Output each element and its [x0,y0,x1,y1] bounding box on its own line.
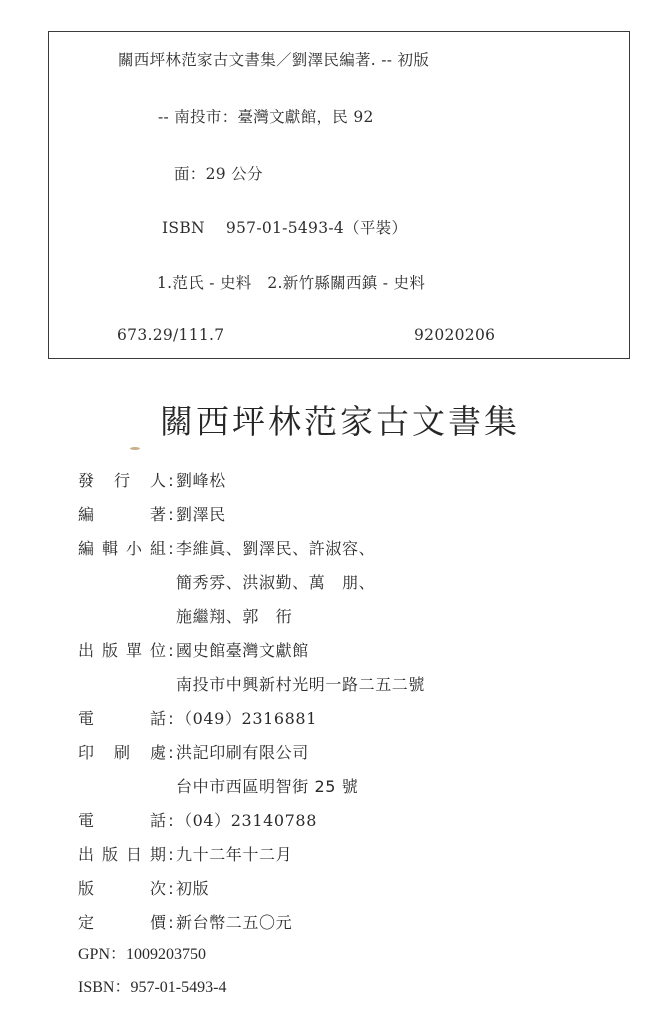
row-value: 初版 [176,878,209,900]
row-value: 台中市西區明智街 25 號 [176,776,358,798]
row-label: 出版單位 [78,640,166,662]
colophon-gpn: GPN：1009203750 [78,944,206,966]
row-label: 編輯小組 [78,538,166,560]
paper-speck [130,447,140,450]
row-label: 出版日期 [78,844,166,866]
row-value: 國史館臺灣文獻館 [176,640,309,662]
cip-dimensions-line: 面：29 公分 [174,162,263,184]
row-label: 編著 [78,504,166,526]
row-label: 電話 [78,810,166,832]
row-label: 定價 [78,912,166,934]
row-value: 九十二年十二月 [176,844,292,866]
row-value: 施繼翔、郭 衎 [176,606,292,628]
cip-classification-number: 673.29/111.7 [117,326,224,344]
row-value: （049）2316881 [176,708,317,730]
row-label: 電話 [78,708,166,730]
row-value: （04）23140788 [176,810,317,832]
colophon-isbn: ISBN：957-01-5493-4 [78,977,226,999]
cip-title-line: 關西坪林范家古文書集／劉澤民編著. -- 初版 [118,48,429,70]
row-value: 簡秀雰、洪淑勤、萬 朋、 [176,572,375,594]
cip-record-number: 92020206 [414,326,495,344]
cip-isbn-value: 957-01-5493-4（平裝） [226,219,407,237]
cip-record-box [48,31,630,359]
row-label: 版次 [78,878,166,900]
row-value: 劉峰松 [176,470,226,492]
row-label: 發行人 [78,470,166,492]
row-value: 劉澤民 [176,504,226,526]
row-value: 洪記印刷有限公司 [176,742,309,764]
book-title: 關西坪林范家古文書集 [0,396,670,443]
cip-subjects-line: 1.范氏 - 史料 2.新竹縣關西鎮 - 史料 [157,271,425,293]
cip-publisher-line: -- 南投市：臺灣文獻館，民 92 [158,105,374,127]
row-value: 新台幣二五〇元 [176,912,292,934]
row-value: 南投市中興新村光明一路二五二號 [176,674,425,696]
cip-isbn-label: ISBN [162,219,205,237]
cip-isbn-line: ISBN 957-01-5493-4（平裝） [162,216,407,238]
row-value: 李維眞、劉澤民、許淑容、 [176,538,375,560]
row-label: 印刷處 [78,742,166,764]
